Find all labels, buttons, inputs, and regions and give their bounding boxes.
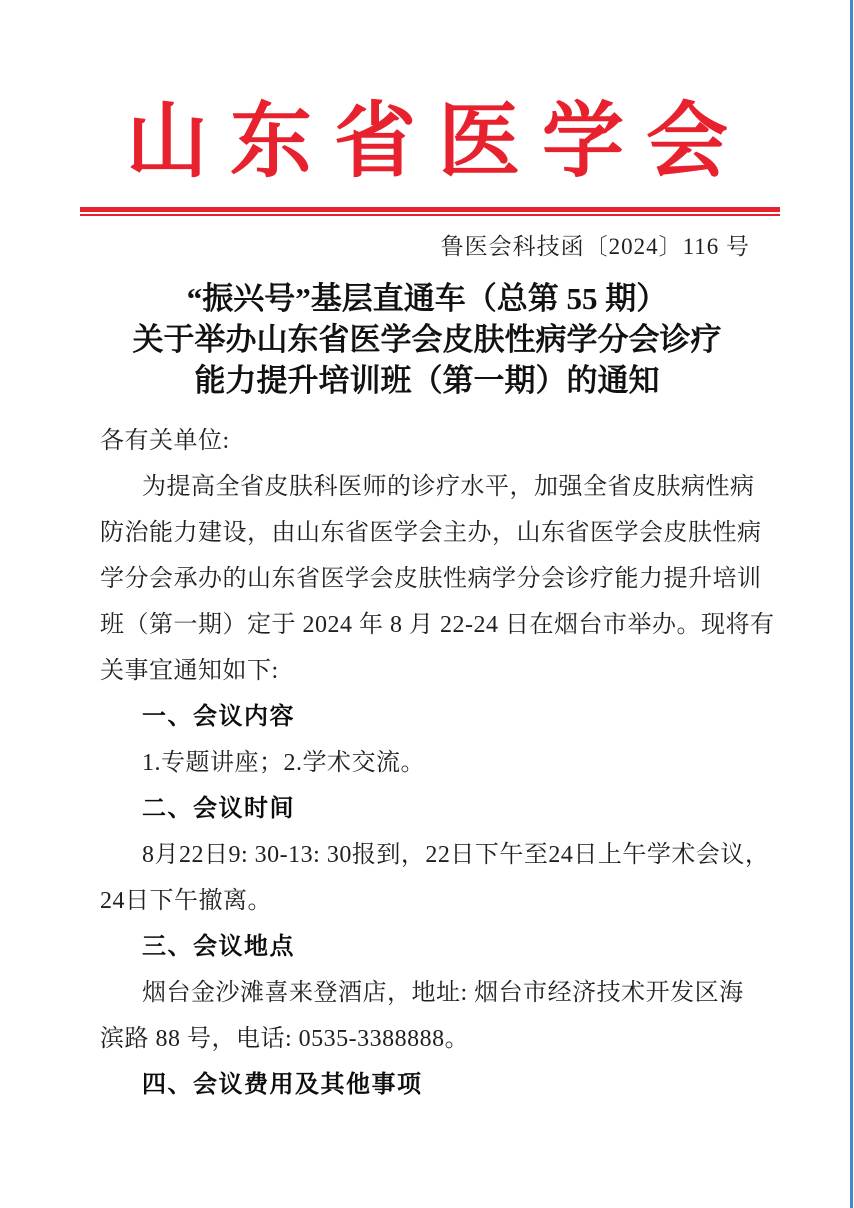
document-body-lines: 各有关单位:为提高全省皮肤科医师的诊疗水平，加强全省皮肤病性病防治能力建设，由山… <box>100 418 754 1108</box>
title-line-2: 关于举办山东省医学会皮肤性病学分会诊疗 <box>40 319 814 360</box>
scan-edge-line <box>850 0 853 1208</box>
body-line: 学分会承办的山东省医学会皮肤性病学分会诊疗能力提升培训 <box>100 556 754 602</box>
title-line-1: “振兴号”基层直通车（总第 55 期） <box>40 278 814 319</box>
section-heading: 一、会议内容 <box>100 694 754 740</box>
salutation-line: 各有关单位: <box>100 418 754 464</box>
red-separator-rule <box>80 207 780 216</box>
body-line: 烟台金沙滩喜来登酒店，地址: 烟台市经济技术开发区海 <box>100 970 754 1016</box>
section-heading: 三、会议地点 <box>100 924 754 970</box>
document-title: “振兴号”基层直通车（总第 55 期） 关于举办山东省医学会皮肤性病学分会诊疗 … <box>40 278 814 401</box>
body-line: 防治能力建设，由山东省医学会主办，山东省医学会皮肤性病 <box>100 510 754 556</box>
document-number: 鲁医会科技函〔2024〕116 号 <box>441 231 750 263</box>
title-line-3: 能力提升培训班（第一期）的通知 <box>40 360 814 401</box>
document-page: 山东省医学会 鲁医会科技函〔2024〕116 号 “振兴号”基层直通车（总第 5… <box>0 0 854 1208</box>
section-heading: 二、会议时间 <box>100 786 754 832</box>
section-heading: 四、会议费用及其他事项 <box>100 1062 754 1108</box>
body-line: 滨路 88 号，电话: 0535-3388888。 <box>100 1016 754 1062</box>
body-line: 为提高全省皮肤科医师的诊疗水平，加强全省皮肤病性病 <box>100 464 754 510</box>
body-line: 关事宜通知如下: <box>100 648 754 694</box>
body-line: 8月22日9: 30-13: 30报到，22日下午至24日上午学术会议， <box>100 832 754 878</box>
red-rule-thin-bar <box>80 214 780 216</box>
body-line: 班（第一期）定于 2024 年 8 月 22-24 日在烟台市举办。现将有 <box>100 602 754 648</box>
body-line: 24日下午撤离。 <box>100 878 754 924</box>
body-line: 1.专题讲座；2.学术交流。 <box>100 740 754 786</box>
letterhead-org-name: 山东省医学会 <box>0 92 854 192</box>
